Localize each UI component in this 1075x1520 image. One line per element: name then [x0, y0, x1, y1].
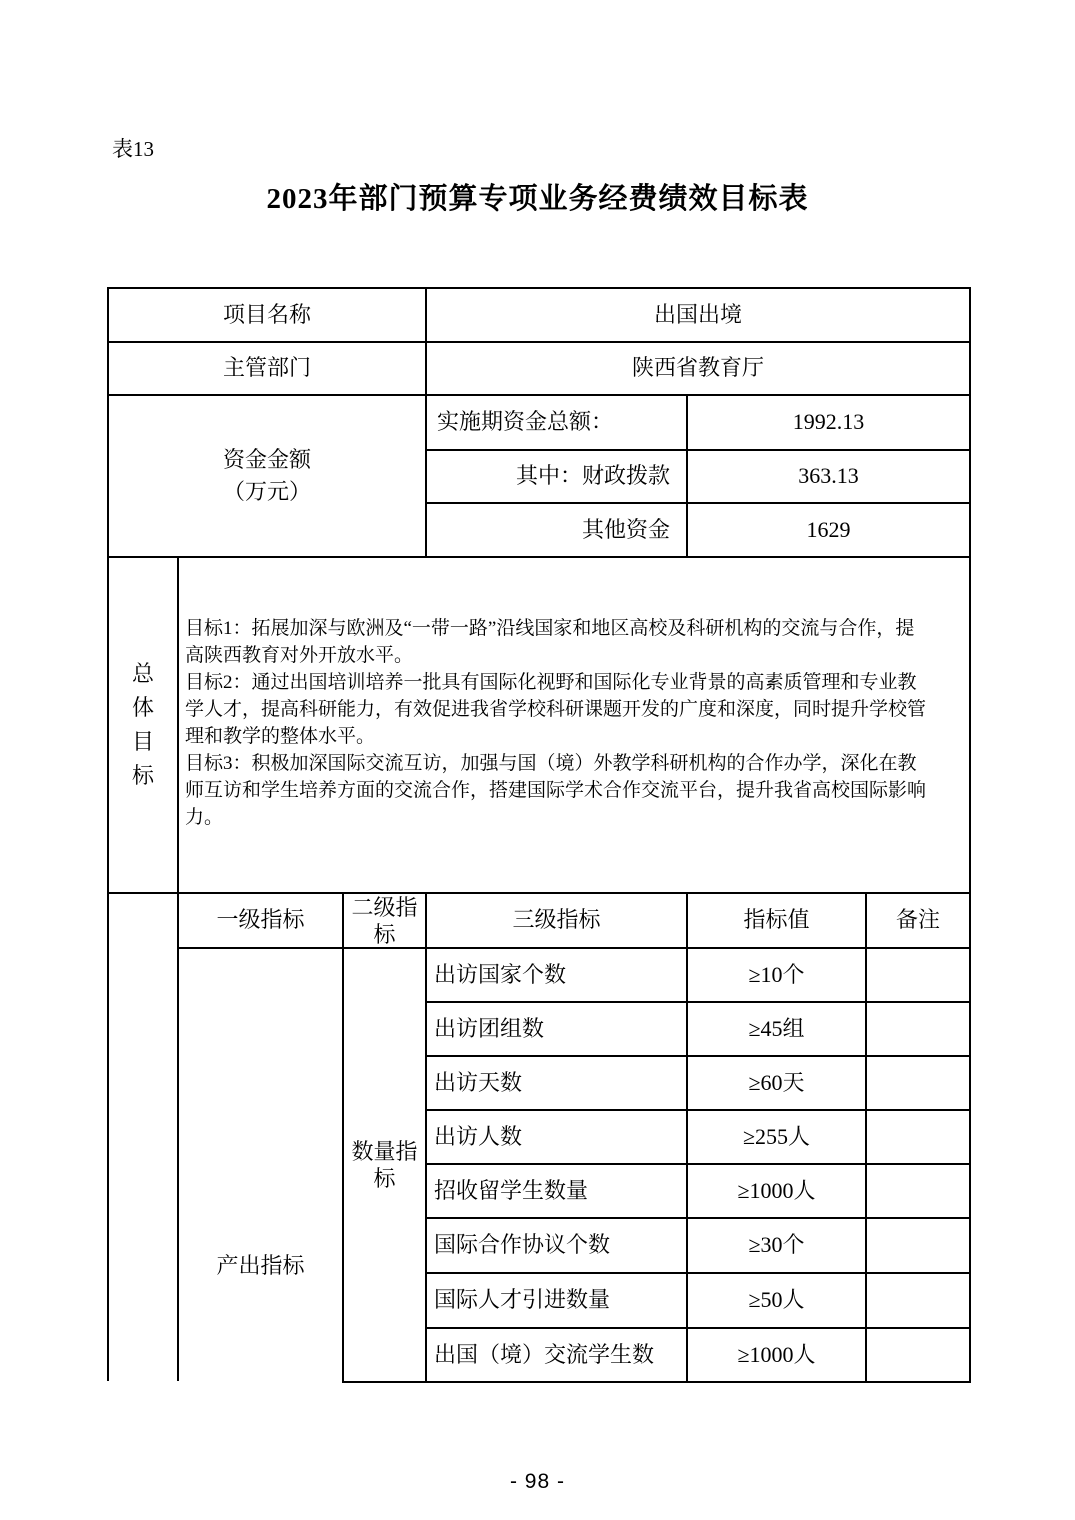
indicator-remark-cell	[867, 1219, 969, 1272]
header-level2-cell: 二级指 标	[344, 894, 425, 947]
overall-goal-text-cell: 目标1：拓展加深与欧洲及“一带一路”沿线国家和地区高校及科研机构的交流与合作，提…	[179, 558, 969, 892]
indicator-name-cell: 出访人数	[427, 1111, 686, 1163]
indicator-name-cell: 出访天数	[427, 1057, 686, 1109]
indicator-value-cell: ≥10个	[688, 949, 865, 1001]
indicator-remark-cell	[867, 1329, 969, 1381]
funding-other-label-cell: 其他资金	[427, 504, 686, 556]
indicator-value-cell: ≥1000人	[688, 1165, 865, 1217]
page-number: - 98 -	[0, 1470, 1075, 1494]
department-label-cell: 主管部门	[109, 343, 425, 394]
funding-total-value-cell: 1992.13	[688, 396, 969, 449]
indicator-left-spacer-cell	[109, 894, 177, 1381]
funding-fiscal-value-cell: 363.13	[688, 451, 969, 502]
project-name-value-cell: 出国出境	[427, 289, 969, 341]
overall-goal-label-cell: 总 体 目 标	[109, 558, 177, 892]
indicator-remark-cell	[867, 949, 969, 1001]
indicator-value-cell: ≥50人	[688, 1274, 865, 1327]
performance-target-table: 项目名称 出国出境 主管部门 陕西省教育厅 资金金额 （万元） 实施期资金总额：…	[107, 287, 971, 1381]
level1-output-indicator-cell: 产出指标	[179, 949, 342, 1381]
indicator-name-cell: 出访团组数	[427, 1003, 686, 1055]
level2-quantity-indicator-cell: 数量指 标	[344, 949, 425, 1381]
funding-other-value-cell: 1629	[688, 504, 969, 556]
page-title: 2023年部门预算专项业务经费绩效目标表	[0, 176, 1075, 217]
indicator-name-cell: 国际人才引进数量	[427, 1274, 686, 1327]
table-number-label: 表13	[112, 133, 154, 163]
funding-fiscal-label-cell: 其中：财政拨款	[427, 451, 686, 502]
indicator-name-cell: 出访国家个数	[427, 949, 686, 1001]
project-name-label-cell: 项目名称	[109, 289, 425, 341]
header-remark-cell: 备注	[867, 894, 969, 947]
indicator-name-cell: 出国（境）交流学生数	[427, 1329, 686, 1381]
indicator-name-cell: 国际合作协议个数	[427, 1219, 686, 1272]
indicator-value-cell: ≥60天	[688, 1057, 865, 1109]
indicator-value-cell: ≥1000人	[688, 1329, 865, 1381]
header-level1-cell: 一级指标	[179, 894, 342, 947]
indicator-value-cell: ≥255人	[688, 1111, 865, 1163]
table-partial-bottom-border	[342, 1381, 971, 1383]
indicator-remark-cell	[867, 1165, 969, 1217]
department-value-cell: 陕西省教育厅	[427, 343, 969, 394]
indicator-value-cell: ≥45组	[688, 1003, 865, 1055]
funding-total-label-cell: 实施期资金总额：	[427, 396, 686, 449]
indicator-remark-cell	[867, 1057, 969, 1109]
indicator-value-cell: ≥30个	[688, 1219, 865, 1272]
header-level3-cell: 三级指标	[427, 894, 686, 947]
funding-amount-label-cell: 资金金额 （万元）	[109, 396, 425, 556]
header-value-cell: 指标值	[688, 894, 865, 947]
indicator-name-cell: 招收留学生数量	[427, 1165, 686, 1217]
indicator-remark-cell	[867, 1111, 969, 1163]
document-page: 表13 2023年部门预算专项业务经费绩效目标表 项目名称 出国出境 主管部门 …	[0, 0, 1075, 1520]
indicator-remark-cell	[867, 1003, 969, 1055]
indicator-remark-cell	[867, 1274, 969, 1327]
